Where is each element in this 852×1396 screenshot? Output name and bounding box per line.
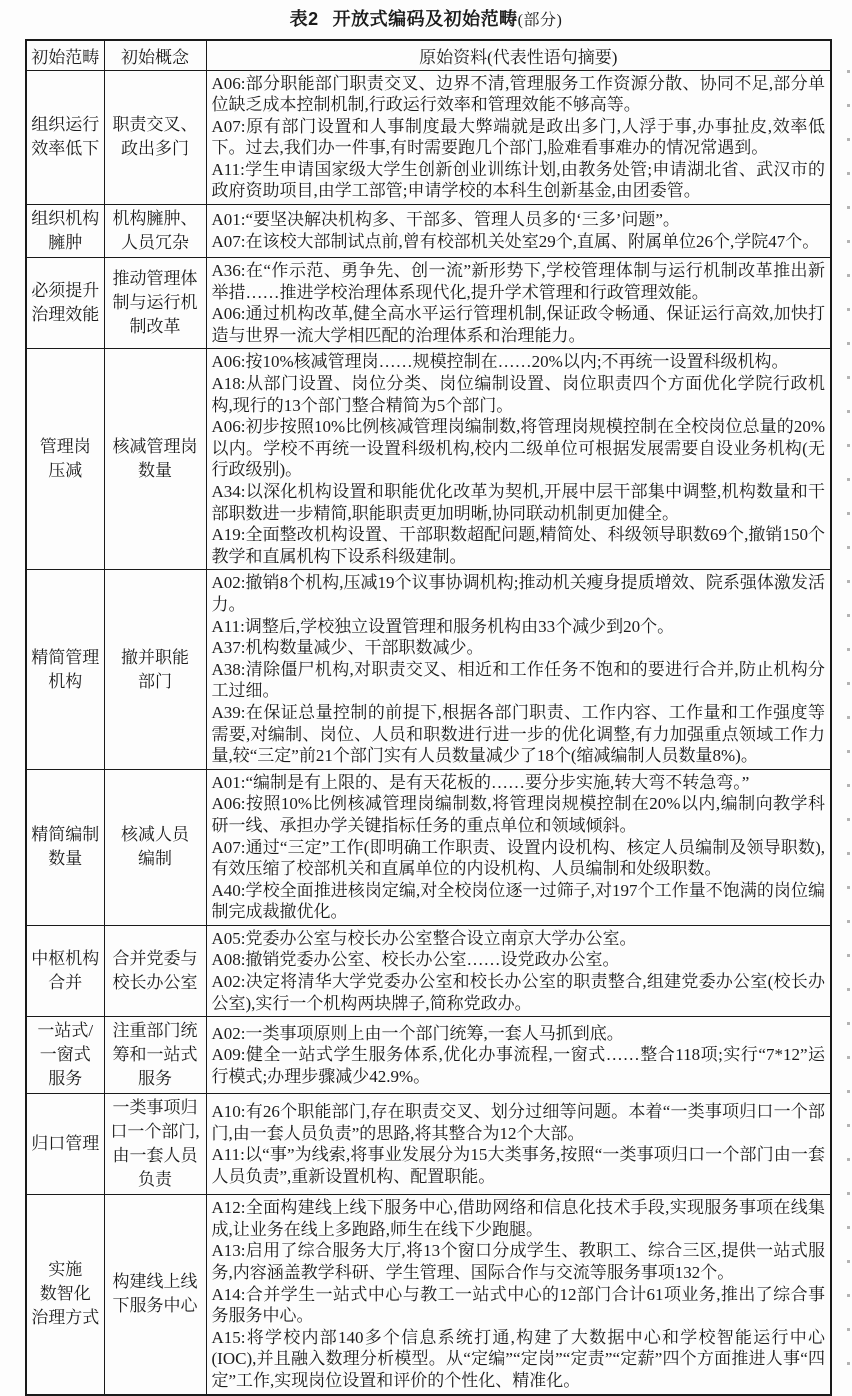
quote-paragraph: A06:按照10%比例核减管理岗编制数,将管理岗规模控制在20%以内,编制向教学… xyxy=(212,793,826,836)
quote-paragraph: A14:合并学生一站式中心与教工一站式中心的12部门合计61项业务,推出了综合事… xyxy=(212,1284,826,1327)
initial-category-cell: 精简编制 数量 xyxy=(26,769,104,925)
quote-paragraph: A07:在该校大部制试点前,曾有校部机关处室29个,直属、附属单位26个,学院4… xyxy=(212,231,826,253)
quote-paragraph: A07:通过“三定”工作(即明确工作职责、设置内设机构、核定人员编制及领导职数)… xyxy=(212,837,826,880)
initial-category-cell: 实施 数智化 治理方式 xyxy=(26,1195,104,1395)
quotes-cell: A06:按10%核减管理岗……规模控制在……20%以内;不再统一设置科级机构。A… xyxy=(206,349,831,570)
quotes-cell: A01:“编制是有上限的、是有天花板的……要分步实施,转大弯不转急弯。”A06:… xyxy=(206,769,831,925)
quote-paragraph: A06:初步按照10%比例核减管理岗编制数,将管理岗规模控制在全校岗位总量的20… xyxy=(212,416,826,481)
quote-paragraph: A01:“要坚决解决机构多、干部多、管理人员多的‘三多’问题”。 xyxy=(212,209,826,231)
quotes-cell: A02:一类事项原则上由一个部门统筹,一套人马抓到底。A09:健全一站式学生服务… xyxy=(206,1017,831,1094)
quotes-cell: A12:全面构建线上线下服务中心,借助网络和信息化技术手段,实现服务事项在线集成… xyxy=(206,1195,831,1395)
quotes-cell: A36:在“作示范、勇争先、创一流”新形势下,学校管理体制与运行机制改革推出新举… xyxy=(206,258,831,349)
quote-paragraph: A06:部分职能部门职责交叉、边界不清,管理服务工作资源分散、协同不足,部分单位… xyxy=(212,73,826,116)
initial-concept-cell: 撤并职能 部门 xyxy=(104,570,206,769)
header-row: 初始范畴 初始概念 原始资料(代表性语句摘要) xyxy=(26,40,831,70)
quote-paragraph: A06:通过机构改革,健全高水平运行管理机制,保证政令畅通、保证运行高效,加快打… xyxy=(212,303,826,346)
quote-paragraph: A06:按10%核减管理岗……规模控制在……20%以内;不再统一设置科级机构。 xyxy=(212,351,826,373)
quote-paragraph: A19:全面整改机构设置、干部职数超配问题,精简处、科级领导职数69个,撤销15… xyxy=(212,524,826,567)
table-row: 组织运行 效率低下 职责交叉、 政出多门 A06:部分职能部门职责交叉、边界不清… xyxy=(26,70,831,205)
initial-concept-cell: 机构臃肿、 人员冗杂 xyxy=(104,205,206,258)
initial-category-cell: 组织机构 臃肿 xyxy=(26,205,104,258)
table-title-note: (部分) xyxy=(518,12,563,29)
quote-paragraph: A11:学生申请国家级大学生创新创业训练计划,由教务处管;申请湖北省、武汉市的政… xyxy=(212,159,826,202)
quote-paragraph: A05:党委办公室与校长办公室整合设立南京大学办公室。 xyxy=(212,928,826,950)
table-row: 实施 数智化 治理方式 构建线上线下服务中心 A12:全面构建线上线下服务中心,… xyxy=(26,1195,831,1395)
quote-paragraph: A15:将学校内部140多个信息系统打通,构建了大数据中心和学校智能运行中心(I… xyxy=(212,1327,826,1392)
quote-paragraph: A34:以深化机构设置和职能优化改革为契机,开展中层干部集中调整,机构数量和干部… xyxy=(212,481,826,524)
quote-paragraph: A11:调整后,学校独立设置管理和服务机构由33个减少到20个。 xyxy=(212,616,826,638)
quote-paragraph: A38:清除僵尸机构,对职责交叉、相近和工作任务不饱和的要进行合并,防止机构分工… xyxy=(212,659,826,702)
quote-paragraph: A09:健全一站式学生服务体系,优化办事流程,一窗式……整合118项;实行“7*… xyxy=(212,1044,826,1087)
initial-category-cell: 归口管理 xyxy=(26,1094,104,1195)
quote-paragraph: A02:决定将清华大学党委办公室和校长办公室的职责整合,组建党委办公室(校长办公… xyxy=(212,971,826,1014)
quote-paragraph: A40:学校全面推进核岗定编,对全校岗位逐一过筛子,对197个工作量不饱满的岗位… xyxy=(212,880,826,923)
quotes-cell: A02:撤销8个机构,压减19个议事协调机构;推动机关瘦身提质增效、院系强体激发… xyxy=(206,570,831,769)
quote-paragraph: A12:全面构建线上线下服务中心,借助网络和信息化技术手段,实现服务事项在线集成… xyxy=(212,1197,826,1240)
table-row: 必须提升 治理效能 推动管理体制与运行机制改革 A36:在“作示范、勇争先、创一… xyxy=(26,258,831,349)
quote-paragraph: A36:在“作示范、勇争先、创一流”新形势下,学校管理体制与运行机制改革推出新举… xyxy=(212,260,826,303)
initial-concept-cell: 核减管理岗 数量 xyxy=(104,349,206,570)
open-coding-table: 初始范畴 初始概念 原始资料(代表性语句摘要) 组织运行 效率低下 职责交叉、 … xyxy=(25,39,832,1396)
initial-concept-cell: 一类事项归口一个部门,由一套人员负责 xyxy=(104,1094,206,1195)
table-row: 管理岗 压减 核减管理岗 数量 A06:按10%核减管理岗……规模控制在……20… xyxy=(26,349,831,570)
table-row: 中枢机构 合并 合并党委与 校长办公室 A05:党委办公室与校长办公室整合设立南… xyxy=(26,925,831,1016)
initial-category-cell: 一站式/ 一窗式 服务 xyxy=(26,1017,104,1094)
quote-paragraph: A11:以“事”为线索,将事业发展分为15大类事务,按照“一类事项归口一个部门由… xyxy=(212,1144,826,1187)
table-row: 组织机构 臃肿 机构臃肿、 人员冗杂 A01:“要坚决解决机构多、干部多、管理人… xyxy=(26,205,831,258)
table-row: 一站式/ 一窗式 服务 注重部门统筹和一站式服务 A02:一类事项原则上由一个部… xyxy=(26,1017,831,1094)
initial-category-cell: 必须提升 治理效能 xyxy=(26,258,104,349)
initial-category-cell: 中枢机构 合并 xyxy=(26,925,104,1016)
table-number: 表2 xyxy=(290,9,319,29)
quote-paragraph: A02:一类事项原则上由一个部门统筹,一套人马抓到底。 xyxy=(212,1023,826,1045)
quote-paragraph: A18:从部门设置、岗位分类、岗位编制设置、岗位职责四个方面优化学院行政机构,现… xyxy=(212,373,826,416)
quote-paragraph: A08:撤销党委办公室、校长办公室……设党政办公室。 xyxy=(212,949,826,971)
initial-concept-cell: 注重部门统筹和一站式服务 xyxy=(104,1017,206,1094)
quote-paragraph: A07:原有部门设置和人事制度最大弊端就是政出多门,人浮于事,办事扯皮,效率低下… xyxy=(212,116,826,159)
table-title-text: 开放式编码及初始范畴 xyxy=(333,9,518,29)
quotes-cell: A06:部分职能部门职责交叉、边界不清,管理服务工作资源分散、协同不足,部分单位… xyxy=(206,70,831,205)
header-initial-concept: 初始概念 xyxy=(104,40,206,70)
table-header: 初始范畴 初始概念 原始资料(代表性语句摘要) xyxy=(26,40,831,70)
table-title: 表2开放式编码及初始范畴(部分) xyxy=(0,6,852,34)
initial-concept-cell: 核减人员 编制 xyxy=(104,769,206,925)
initial-category-cell: 组织运行 效率低下 xyxy=(26,70,104,205)
table-row: 精简编制 数量 核减人员 编制 A01:“编制是有上限的、是有天花板的……要分步… xyxy=(26,769,831,925)
initial-concept-cell: 构建线上线下服务中心 xyxy=(104,1195,206,1395)
initial-category-cell: 管理岗 压减 xyxy=(26,349,104,570)
quote-paragraph: A02:撤销8个机构,压减19个议事协调机构;推动机关瘦身提质增效、院系强体激发… xyxy=(212,572,826,615)
quotes-cell: A01:“要坚决解决机构多、干部多、管理人员多的‘三多’问题”。A07:在该校大… xyxy=(206,205,831,258)
quotes-cell: A05:党委办公室与校长办公室整合设立南京大学办公室。A08:撤销党委办公室、校… xyxy=(206,925,831,1016)
document-page: 表2开放式编码及初始范畴(部分) 初始范畴 初始概念 原始资料(代表性语句摘要)… xyxy=(0,0,852,1396)
quote-paragraph: A39:在保证总量控制的前提下,根据各部门职责、工作内容、工作量和工作强度等需要… xyxy=(212,702,826,767)
initial-concept-cell: 职责交叉、 政出多门 xyxy=(104,70,206,205)
quote-paragraph: A10:有26个职能部门,存在职责交叉、划分过细等问题。本着“一类事项归口一个部… xyxy=(212,1101,826,1144)
quotes-cell: A10:有26个职能部门,存在职责交叉、划分过细等问题。本着“一类事项归口一个部… xyxy=(206,1094,831,1195)
header-initial-category: 初始范畴 xyxy=(26,40,104,70)
initial-category-cell: 精简管理 机构 xyxy=(26,570,104,769)
table-row: 精简管理 机构 撤并职能 部门 A02:撤销8个机构,压减19个议事协调机构;推… xyxy=(26,570,831,769)
initial-concept-cell: 推动管理体制与运行机制改革 xyxy=(104,258,206,349)
quote-paragraph: A13:启用了综合服务大厅,将13个窗口分成学生、教职工、综合三区,提供一站式服… xyxy=(212,1240,826,1283)
quote-paragraph: A37:机构数量减少、干部职数减少。 xyxy=(212,637,826,659)
quote-paragraph: A01:“编制是有上限的、是有天花板的……要分步实施,转大弯不转急弯。” xyxy=(212,772,826,794)
table-row: 归口管理 一类事项归口一个部门,由一套人员负责 A10:有26个职能部门,存在职… xyxy=(26,1094,831,1195)
table-body: 组织运行 效率低下 职责交叉、 政出多门 A06:部分职能部门职责交叉、边界不清… xyxy=(26,70,831,1395)
initial-concept-cell: 合并党委与 校长办公室 xyxy=(104,925,206,1016)
header-raw-material: 原始资料(代表性语句摘要) xyxy=(206,40,831,70)
scan-margin-artifacts xyxy=(847,70,850,1370)
